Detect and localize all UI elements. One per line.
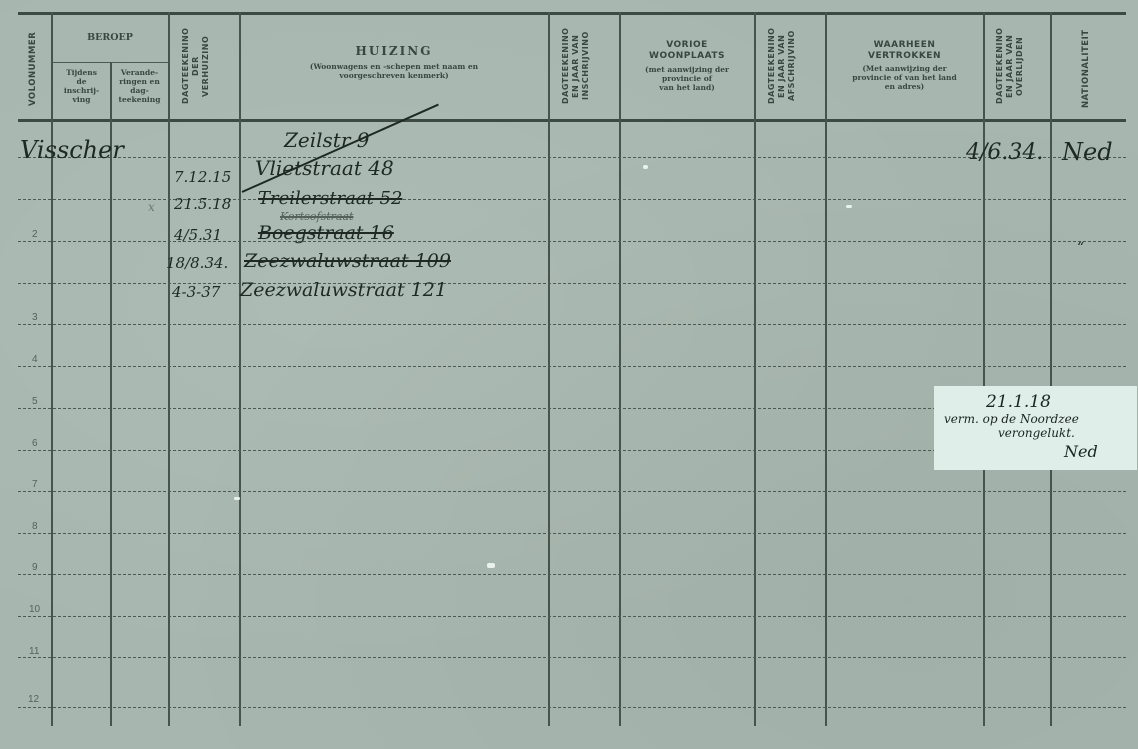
header-title: WAARHEEN	[826, 40, 983, 51]
header-beroep-veranderingen: Verande- ringen en dag- teekening	[111, 68, 168, 104]
handwritten-move-address: Boegstraat 16	[258, 222, 394, 244]
handwritten-move-address: Zeezwaluwstraat 121	[240, 279, 447, 301]
note-line-1: verm. op de Noordzee	[944, 412, 1079, 426]
row-number: 12	[28, 694, 39, 705]
handwritten-overlijden-date: 4/6.34.	[966, 140, 1043, 165]
header-text: OVERLIJDEN	[1015, 36, 1024, 95]
col-divider	[754, 12, 756, 726]
header-title: HUIZING	[240, 44, 548, 58]
row-number: 7	[32, 479, 38, 490]
header-beroep-tijdens: Tijdens de inschrij- ving	[53, 68, 110, 104]
header-vorige-woonplaats: VORIOE WOONPLAATS (met aanwijzing der pr…	[620, 40, 754, 92]
header-volgnummer: VOLONUMMER	[28, 24, 38, 114]
header-dagteekening-overlijden: DAGTEEKENINO EN JAAR VAN OVERLIJDEN	[995, 16, 1025, 116]
handwritten-ditto-mark: “	[1077, 240, 1084, 256]
header-text: EN JAAR VAN	[1005, 34, 1014, 97]
header-text: DER	[191, 56, 200, 76]
margin-mark: x	[148, 200, 155, 214]
handwritten-move-date: 4/5.31	[174, 226, 222, 244]
row-number: 6	[32, 438, 38, 449]
header-subtitle: (met aanwijzing der	[620, 65, 754, 74]
row-number: 8	[32, 521, 38, 532]
header-subtitle: provincie of van het land	[826, 73, 983, 82]
row-rule	[18, 616, 1126, 617]
paper-speck	[846, 205, 852, 208]
col-divider	[239, 12, 241, 726]
pasted-note-patch: 21.1.18 verm. op de Noordzee verongelukt…	[934, 386, 1137, 470]
header-waarheen-vertrokken: WAARHEEN VERTROKKEN (Met aanwijzing der …	[826, 40, 983, 91]
col-divider	[1050, 12, 1052, 726]
header-title: WOONPLAATS	[620, 51, 754, 62]
note-date: 21.1.18	[986, 392, 1051, 412]
header-top-rule	[18, 12, 1126, 15]
header-subtitle: voorgeschreven kenmerk)	[240, 71, 548, 80]
col-divider	[51, 12, 53, 726]
paper-speck	[234, 497, 240, 500]
note-line-2: verongelukt.	[998, 426, 1075, 440]
col-divider	[825, 12, 827, 726]
header-dagteekening-afschrijving: DAGTEEKENINO EN JAAR VAN AFSCHRIJVINO	[767, 16, 797, 116]
registration-card: VOLONUMMER BEROEP Tijdens de inschrij- v…	[0, 0, 1138, 749]
handwritten-move-date: 18/8.34.	[166, 254, 228, 272]
header-text: Verande-	[111, 68, 168, 77]
header-text: ringen en	[111, 77, 168, 86]
header-title: VORIOE	[620, 40, 754, 51]
row-number: 9	[32, 562, 38, 573]
header-huizing: HUIZING (Woonwagens en -schepen met naam…	[240, 44, 548, 80]
header-text: EN JAAR VAN	[571, 34, 580, 97]
header-subtitle: (Woonwagens en -schepen met naam en	[240, 62, 548, 71]
handwritten-nationaliteit: Ned	[1062, 138, 1113, 166]
header-text: VERHUIZINO	[201, 35, 210, 96]
row-number: 5	[32, 396, 38, 407]
row-rule	[18, 491, 1126, 492]
col-divider	[983, 12, 985, 726]
header-subtitle: (Met aanwijzing der	[826, 64, 983, 73]
row-rule	[18, 533, 1126, 534]
header-text: DAGTEEKENINO	[181, 28, 190, 104]
header-beroep: BEROEP	[52, 32, 168, 43]
header-subtitle: en adres)	[826, 82, 983, 91]
header-text: AFSCHRIJVINO	[787, 31, 796, 102]
header-subtitle: provincie of	[620, 74, 754, 83]
note-nationality: Ned	[1064, 442, 1098, 461]
handwritten-beroep: Visscher	[20, 136, 124, 164]
header-text: INSCHRIJVINO	[581, 32, 590, 101]
row-number: 11	[29, 646, 39, 657]
row-rule	[18, 574, 1126, 575]
header-text: Tijdens	[53, 68, 110, 77]
row-rule	[18, 157, 1126, 158]
handwritten-move-address: Treilerstraat 52	[258, 188, 402, 209]
header-bottom-rule	[18, 119, 1126, 122]
row-rule	[18, 707, 1126, 708]
row-number: 2	[32, 229, 38, 240]
handwritten-move-date: 4-3-37	[172, 283, 220, 301]
handwritten-move-date: 7.12.15	[174, 168, 231, 186]
row-rule	[18, 657, 1126, 658]
header-text: EN JAAR VAN	[777, 34, 786, 97]
header-text: ving	[53, 95, 110, 104]
header-text: dag-	[111, 86, 168, 95]
header-text: DAGTEEKENINO	[767, 28, 776, 104]
header-text: DAGTEEKENINO	[995, 28, 1004, 104]
header-dagteekening-verhuizing: DAGTEEKENINO DER VERHUIZINO	[181, 18, 211, 114]
row-rule	[18, 366, 1126, 367]
header-subtitle: van het land)	[620, 83, 754, 92]
row-number: 4	[32, 354, 38, 365]
col-divider	[548, 12, 550, 726]
handwritten-move-address: Zeezwaluwstraat 109	[244, 250, 451, 272]
handwritten-move-date: 21.5.18	[174, 195, 231, 213]
header-text: de	[53, 77, 110, 86]
col-divider	[619, 12, 621, 726]
header-text: DAGTEEKENINO	[561, 28, 570, 104]
header-text: inschrij-	[53, 86, 110, 95]
paper-speck	[487, 563, 495, 568]
row-number: 3	[32, 312, 38, 323]
header-title: VERTROKKEN	[826, 51, 983, 62]
header-text: teekening	[111, 95, 168, 104]
header-nationaliteit: NATIONALITEIT	[1081, 22, 1091, 116]
col-divider	[168, 12, 170, 726]
header-dagteekening-inschrijving: DAGTEEKENINO EN JAAR VAN INSCHRIJVINO	[561, 16, 591, 116]
row-rule	[18, 324, 1126, 325]
handwritten-move-address: Vlietstraat 48	[255, 156, 394, 180]
paper-speck	[643, 165, 648, 169]
row-number: 10	[29, 604, 40, 615]
